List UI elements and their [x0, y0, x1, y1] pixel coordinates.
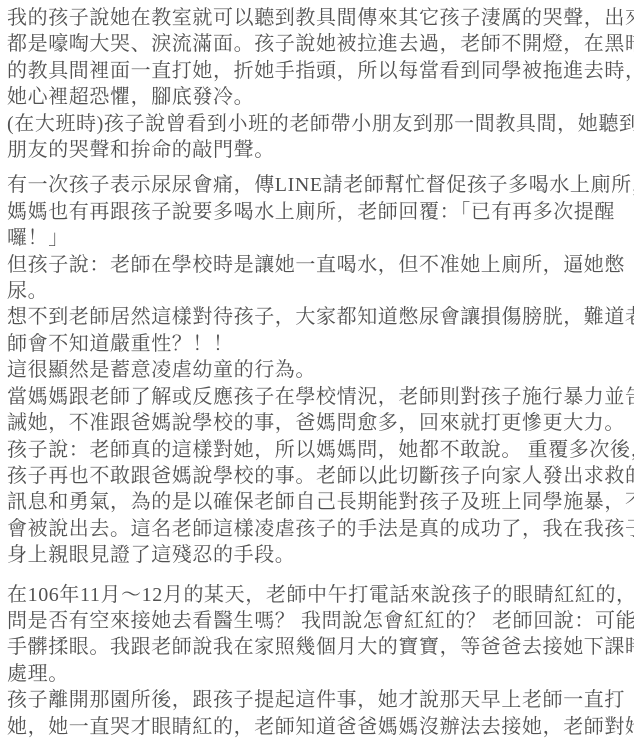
post-body: 我的孩子說她在教室就可以聽到教具間傳來其它孩子淒厲的哭聲，出來 都是嚎啕大哭、淚…	[0, 0, 640, 740]
post-paragraph-toilet-and-threats: 有一次孩子表示尿尿會痛，傳LINE請老師幫忙督促孩子多喝水上廁所， 媽媽也有再跟…	[7, 172, 634, 568]
post-paragraph-red-eyes-incident: 在106年11月～12月的某天，老師中午打電話來說孩子的眼睛紅紅的， 問是否有空…	[7, 582, 634, 740]
post-paragraph-classroom-crying: 我的孩子說她在教室就可以聽到教具間傳來其它孩子淒厲的哭聲，出來 都是嚎啕大哭、淚…	[7, 5, 634, 163]
